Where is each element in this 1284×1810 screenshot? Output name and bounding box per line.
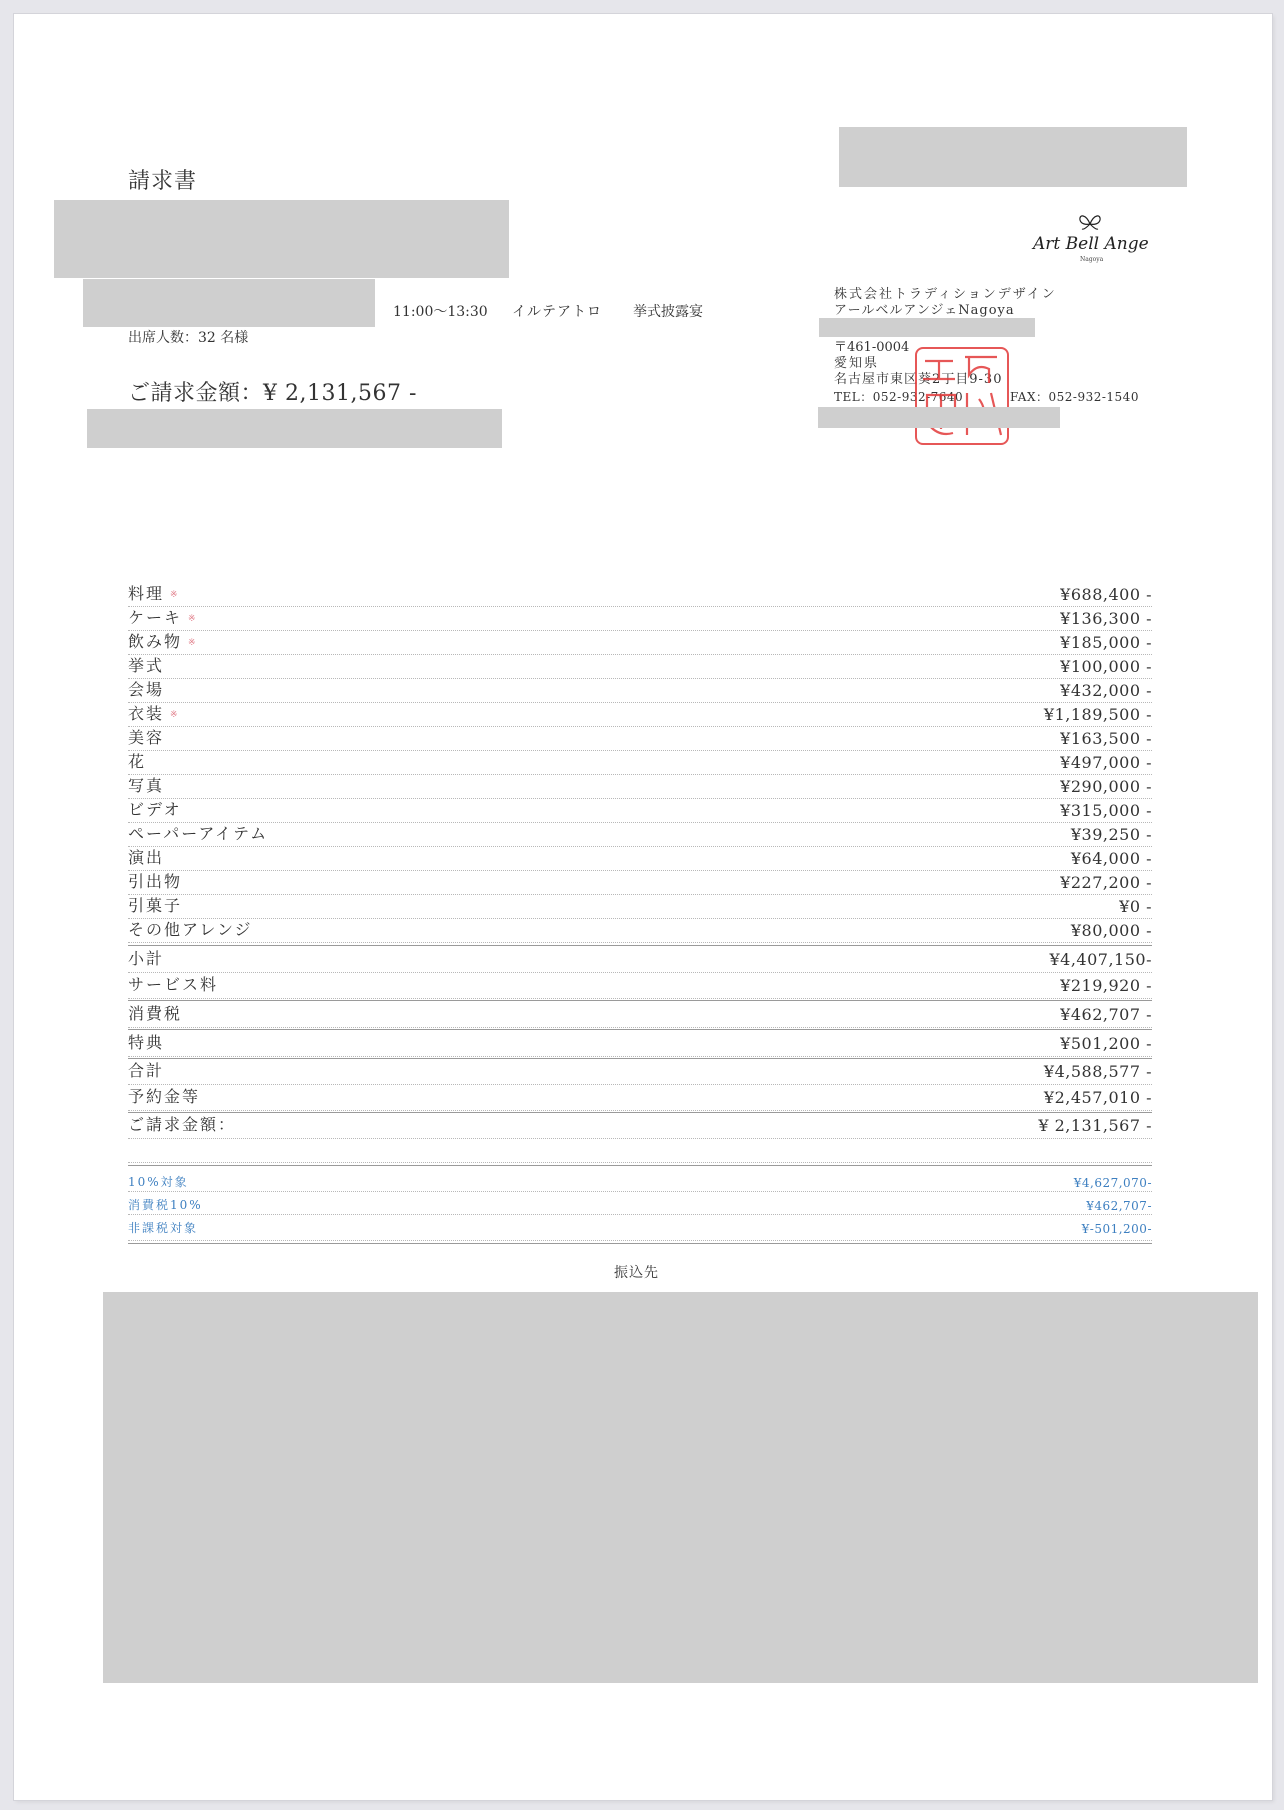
total-row-label: 合計 [128,1058,164,1081]
total-row-amount: ¥4,588,577 - [1044,1062,1152,1081]
line-item-row-amount: ¥64,000 - [1071,849,1152,868]
line-item-row: 美容¥163,500 - [128,726,1152,750]
row-label-text: 合計 [128,1061,164,1080]
fax-number: FAX：052-932-1540 [1010,389,1139,405]
reference-mark-icon: ※ [170,590,180,600]
row-label-text: ケーキ [128,608,182,627]
row-label-text: 飲み物 [128,632,182,651]
line-item-row-amount: ¥1,189,500 - [1044,705,1152,724]
brand-name: アールベルアンジェNagoya [834,303,1015,319]
reference-mark-icon: ※ [188,614,198,624]
redacted-event-date [83,279,375,327]
total-row-label: 消費税 [128,1001,182,1024]
line-item-row: 挙式¥100,000 - [128,654,1152,678]
line-item-row-label: 引菓子 [128,893,182,916]
total-row: ご請求金額：¥ 2,131,567 - [128,1113,1152,1137]
reference-mark-icon: ※ [170,710,180,720]
row-label-text: 特典 [128,1033,164,1052]
row-divider [128,1162,1152,1163]
section-divider [128,1165,1152,1166]
venue-name: イルテアトロ [512,301,602,321]
event-type: 挙式披露宴 [633,301,703,321]
tax-summary-row: 10%対象¥4,627,070- [128,1168,1152,1192]
total-row-amount: ¥462,707 - [1060,1005,1152,1024]
row-label-text: 消費税 [128,1004,182,1023]
row-label-text: 非課税対象 [128,1221,198,1235]
row-label-text: 衣装 [128,704,164,723]
row-divider [128,1056,1152,1057]
butterfly-icon [1076,212,1104,236]
total-row: 特典¥501,200 - [128,1031,1152,1055]
row-label-text: その他アレンジ [128,920,253,939]
tax-summary-row-label: 10%対象 [128,1173,189,1190]
line-item-row-amount: ¥290,000 - [1060,777,1152,796]
row-label-text: 演出 [128,848,164,867]
tax-summary-row-amount: ¥462,707- [1086,1199,1152,1213]
line-item-row-label: 演出 [128,845,164,868]
reference-mark-icon: ※ [188,638,198,648]
total-row-label: サービス料 [128,972,218,995]
redacted-bank-details [103,1292,1258,1683]
row-label-text: ビデオ [128,800,182,819]
line-item-row: 飲み物※¥185,000 - [128,630,1152,654]
invoice-total-heading: ご請求金額：¥ 2,131,567 - [128,376,417,407]
redacted-issue-info [839,127,1187,187]
line-item-row-amount: ¥688,400 - [1060,585,1152,604]
tax-summary-row-amount: ¥-501,200- [1082,1222,1152,1236]
total-row-amount: ¥4,407,150- [1049,950,1152,969]
line-item-row-label: ペーパーアイテム [128,821,268,844]
tax-summary-row-label: 非課税対象 [128,1219,198,1236]
row-label-text: ご請求金額： [128,1115,236,1134]
tax-summary-row: 消費税10%¥462,707- [128,1191,1152,1215]
line-item-row-amount: ¥227,200 - [1060,873,1152,892]
row-label-text: 花 [128,752,146,771]
line-item-row-label: ケーキ※ [128,605,198,628]
company-name: 株式会社トラディションデザイン [834,287,1057,303]
brand-logo-subtitle: Nagoya [1080,256,1103,263]
row-divider [128,942,1152,943]
row-label-text: 料理 [128,584,164,603]
line-item-row: その他アレンジ¥80,000 - [128,918,1152,942]
line-item-row: 衣装※¥1,189,500 - [128,702,1152,726]
line-item-row: 料理※¥688,400 - [128,582,1152,606]
row-label-text: 挙式 [128,656,164,675]
row-label-text: 引出物 [128,872,182,891]
total-row: 消費税¥462,707 - [128,1002,1152,1026]
brand-logo-text: Art Bell Ange [1033,234,1149,254]
row-label-text: 美容 [128,728,164,747]
row-label-text: 小計 [128,949,164,968]
line-item-row-amount: ¥163,500 - [1060,729,1152,748]
redacted-recipient [54,200,509,278]
line-item-row-label: 衣装※ [128,701,180,724]
line-item-row: 引菓子¥0 - [128,894,1152,918]
line-item-row-amount: ¥80,000 - [1071,921,1152,940]
row-label-text: 消費税10% [128,1198,203,1212]
row-label-text: 写真 [128,776,164,795]
document-title: 請求書 [128,164,197,195]
total-row: 予約金等¥2,457,010 - [128,1085,1152,1109]
total-row: サービス料¥219,920 - [128,973,1152,997]
line-item-row: 写真¥290,000 - [128,774,1152,798]
total-row-label: 予約金等 [128,1084,200,1107]
company-seal-icon [915,347,1009,445]
prefecture: 愛知県 [834,356,879,372]
total-row-amount: ¥ 2,131,567 - [1038,1116,1152,1135]
bank-transfer-heading: 振込先 [614,1262,659,1282]
row-divider [128,1138,1152,1139]
line-item-row-amount: ¥185,000 - [1060,633,1152,652]
section-divider [128,1029,1152,1030]
line-item-row: ケーキ※¥136,300 - [128,606,1152,630]
total-row-amount: ¥219,920 - [1060,976,1152,995]
total-row-amount: ¥501,200 - [1060,1034,1152,1053]
redacted-due-date [87,409,502,448]
row-label-text: サービス料 [128,975,218,994]
tax-summary-row-label: 消費税10% [128,1196,203,1213]
line-item-row: 花¥497,000 - [128,750,1152,774]
line-item-row-label: ビデオ [128,797,182,820]
total-row-label: 小計 [128,946,164,969]
line-item-row-label: 料理※ [128,581,180,604]
attendee-count: 出席人数：32 名様 [128,327,248,347]
row-label-text: 予約金等 [128,1087,200,1106]
line-item-row-amount: ¥136,300 - [1060,609,1152,628]
total-row-label: 特典 [128,1030,164,1053]
line-item-row-label: 引出物 [128,869,182,892]
line-item-row-amount: ¥432,000 - [1060,681,1152,700]
line-item-row-amount: ¥497,000 - [1060,753,1152,772]
row-divider [128,998,1152,999]
total-row: 小計¥4,407,150- [128,947,1152,971]
row-label-text: ペーパーアイテム [128,824,268,843]
section-divider [128,945,1152,946]
line-item-row-amount: ¥100,000 - [1060,657,1152,676]
redacted-registration [819,318,1035,337]
line-item-row-amount: ¥315,000 - [1060,801,1152,820]
line-item-row-label: 飲み物※ [128,629,198,652]
line-item-row-label: 花 [128,749,146,772]
line-item-row-label: 美容 [128,725,164,748]
row-label-text: 引菓子 [128,896,182,915]
line-item-row-label: 会場 [128,677,164,700]
total-row-amount: ¥2,457,010 - [1044,1088,1152,1107]
line-item-row-amount: ¥39,250 - [1071,825,1152,844]
section-divider [128,1000,1152,1001]
section-divider [128,1243,1152,1244]
row-label-text: 10%対象 [128,1175,189,1189]
row-label-text: 会場 [128,680,164,699]
tax-summary-row: 非課税対象¥-501,200- [128,1214,1152,1238]
line-item-row: ビデオ¥315,000 - [128,798,1152,822]
event-time: 11:00〜13:30 [393,301,488,321]
line-item-row-amount: ¥0 - [1119,897,1152,916]
row-divider [128,1027,1152,1028]
line-item-row: 会場¥432,000 - [128,678,1152,702]
tax-summary-row-amount: ¥4,627,070- [1074,1176,1152,1190]
total-row-label: ご請求金額： [128,1112,236,1135]
line-item-row: ペーパーアイテム¥39,250 - [128,822,1152,846]
row-divider [128,1240,1152,1241]
line-item-row: 演出¥64,000 - [128,846,1152,870]
postal-code: 〒461-0004 [834,340,909,356]
line-item-row-label: その他アレンジ [128,917,253,940]
redacted-issuer-contact [818,407,1060,428]
line-item-row: 引出物¥227,200 - [128,870,1152,894]
row-divider [128,1110,1152,1111]
total-row: 合計¥4,588,577 - [128,1059,1152,1083]
line-item-row-label: 写真 [128,773,164,796]
line-item-row-label: 挙式 [128,653,164,676]
